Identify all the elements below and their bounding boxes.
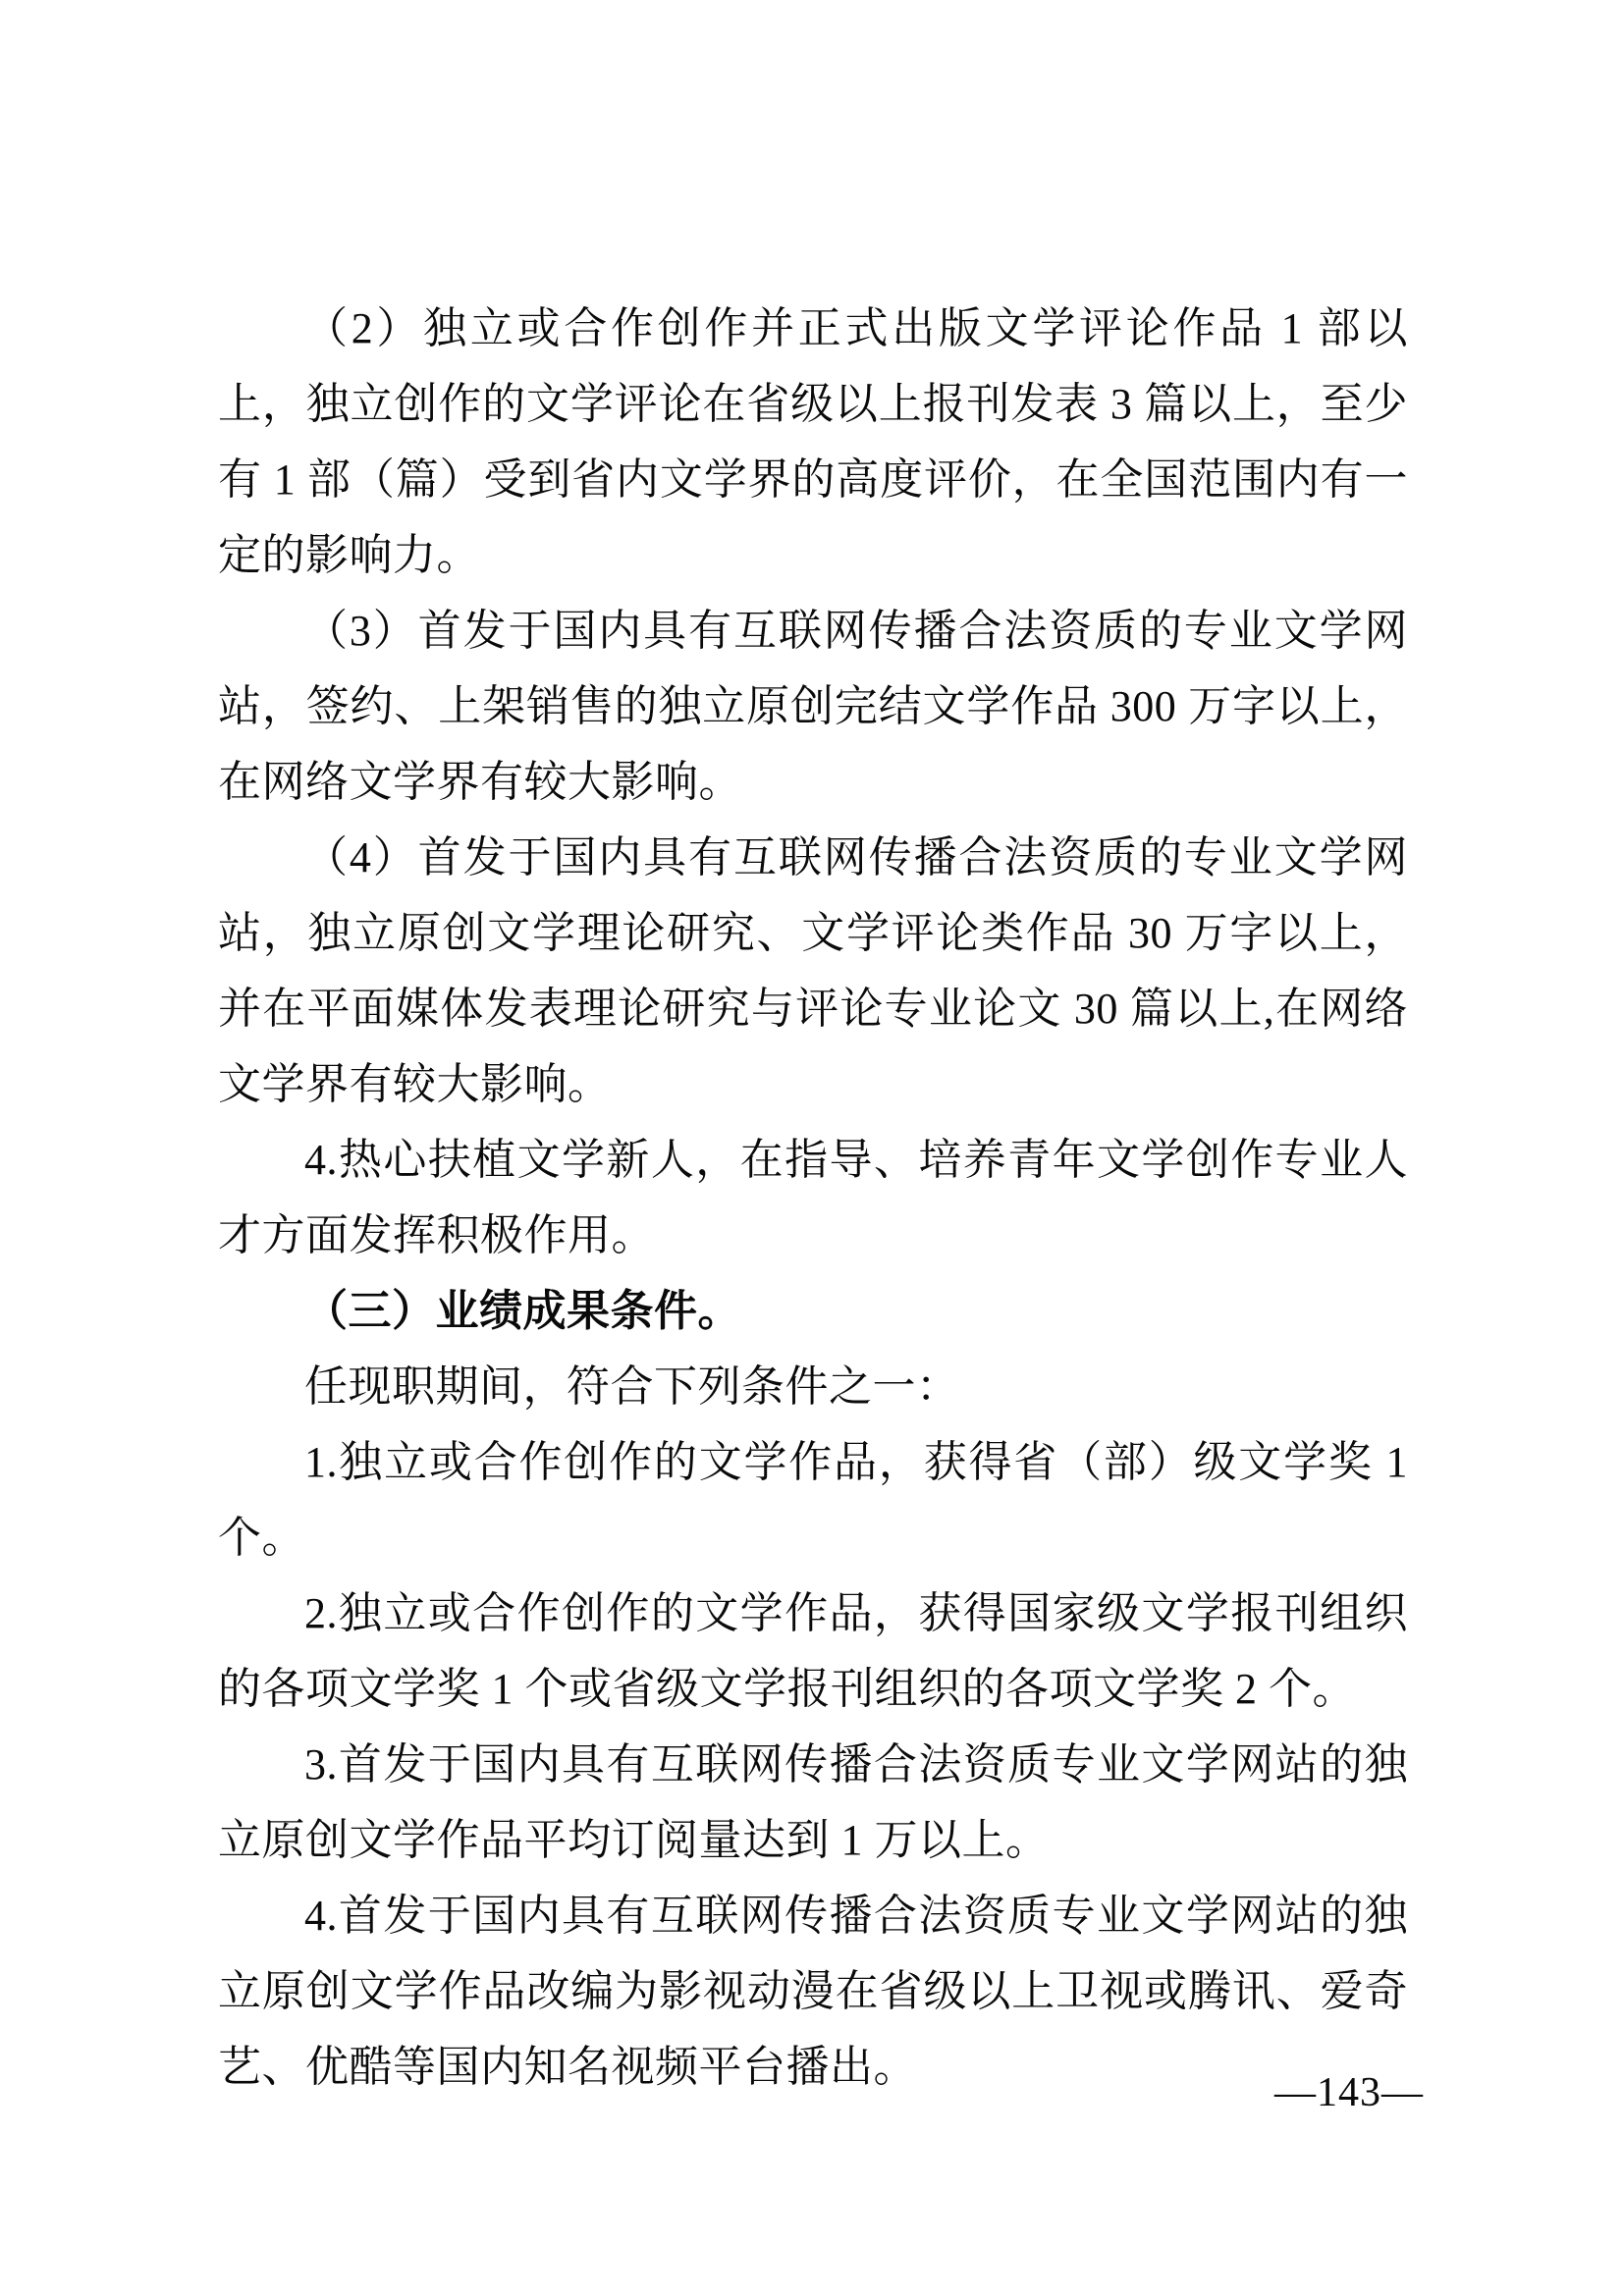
list-item-4: 4.首发于国内具有互联网传播合法资质专业文学网站的独立原创文学作品改编为影视动漫… (218, 1878, 1408, 2105)
list-item-1: 1.独立或合作创作的文学作品，获得省（部）级文学奖 1 个。 (218, 1424, 1408, 1575)
document-body: （2）独立或合作创作并正式出版文学评论作品 1 部以上，独立创作的文学评论在省级… (218, 291, 1408, 2105)
list-item-2: 2.独立或合作创作的文学作品，获得国家级文学报刊组织的各项文学奖 1 个或省级文… (218, 1575, 1408, 1727)
list-item-3: 3.首发于国内具有互联网传播合法资质专业文学网站的独立原创文学作品平均订阅量达到… (218, 1727, 1408, 1878)
paragraph-point-4: 4.热心扶植文学新人，在指导、培养青年文学创作专业人才方面发挥积极作用。 (218, 1122, 1408, 1273)
paragraph-item-3: （3）首发于国内具有互联网传播合法资质的专业文学网站，签约、上架销售的独立原创完… (218, 593, 1408, 820)
document-page: （2）独立或合作创作并正式出版文学评论作品 1 部以上，独立创作的文学评论在省级… (0, 0, 1623, 2296)
paragraph-intro: 任现职期间，符合下列条件之一： (218, 1349, 1408, 1424)
paragraph-item-2: （2）独立或合作创作并正式出版文学评论作品 1 部以上，独立创作的文学评论在省级… (218, 291, 1408, 593)
page-number: —143— (1274, 2069, 1424, 2116)
section-heading: （三）业绩成果条件。 (218, 1273, 1408, 1349)
paragraph-item-4: （4）首发于国内具有互联网传播合法资质的专业文学网站，独立原创文学理论研究、文学… (218, 820, 1408, 1122)
